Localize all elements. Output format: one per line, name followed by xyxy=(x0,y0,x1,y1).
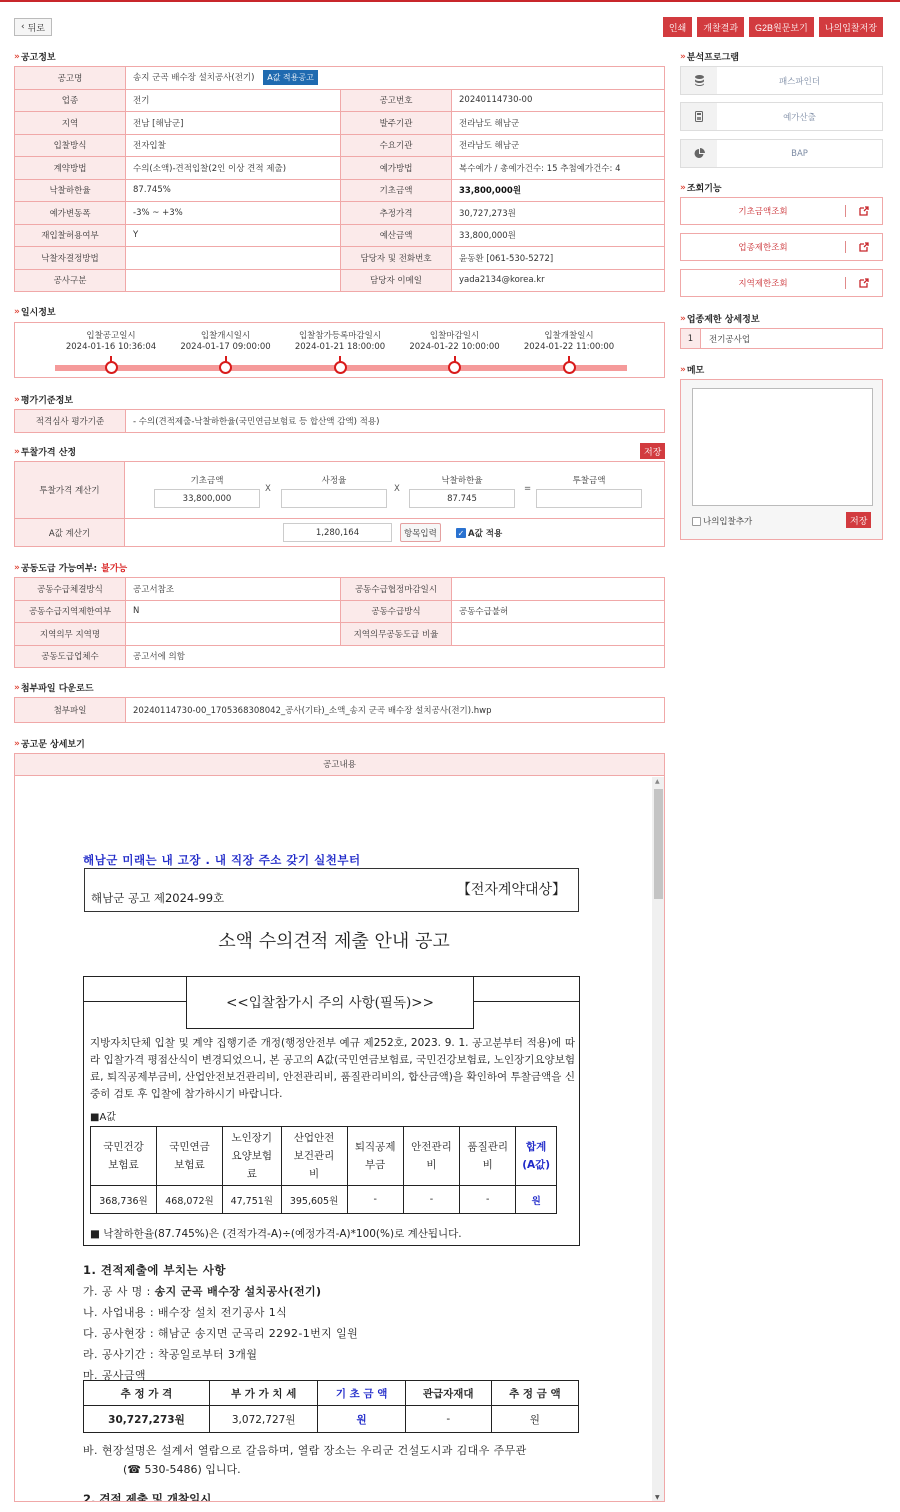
save-my-bid-button[interactable]: 나의입찰저장 xyxy=(819,17,883,37)
a-table-value: - xyxy=(403,1186,459,1214)
caution-title: <<입찰참가시 주의 사항(필독)>> xyxy=(186,977,474,1029)
a-table-value: 468,072원 xyxy=(157,1186,223,1214)
document-item: 라. 공사기간 : 착공일로부터 3개월 xyxy=(83,1346,257,1362)
notice-name-label: 공고명 xyxy=(15,67,126,90)
section-title-industry: » 업종제한 상세정보 xyxy=(680,312,760,325)
field-value: 전기 xyxy=(126,89,341,112)
timeline-label: 입찰공고일시 xyxy=(51,331,171,342)
table-row: 입찰방식 전자입찰 수요기관 전라남도 해남군 xyxy=(15,134,665,157)
section-title-memo: » 메모 xyxy=(680,363,704,376)
document-header: 공고내용 xyxy=(15,754,664,776)
double-chevron-icon: » xyxy=(680,314,683,324)
field-value: yada2134@korea.kr xyxy=(452,269,665,292)
scroll-up-arrow-icon[interactable]: ▲ xyxy=(655,778,660,785)
field-value: 전라남도 해남군 xyxy=(452,112,665,135)
scrollbar-thumb[interactable] xyxy=(654,789,663,899)
field-value: N xyxy=(126,600,341,623)
scroll-down-arrow-icon[interactable]: ▼ xyxy=(655,1494,660,1501)
table-row: 공동수급지역제한여부 N 공동수급방식 공동수급불허 xyxy=(15,600,665,623)
field-value xyxy=(126,623,341,646)
evaluation-label: 적격심사 평가기준 xyxy=(15,410,126,433)
a-table-header: 퇴직공제 부금 xyxy=(347,1127,403,1186)
evaluation-table: 적격심사 평가기준 - 수의(견적제출-낙찰하한율(국민연금보험료 등 합산액 … xyxy=(14,409,665,433)
e-contract-label: 【전자계약대상】 xyxy=(457,879,566,899)
base-amount-input[interactable]: 33,800,000 xyxy=(154,489,260,508)
document-title: 소액 수의견적 제출 안내 공고 xyxy=(15,927,653,953)
timeline-label: 입찰참가등록마감일시 xyxy=(280,331,400,342)
min-rate-label: 낙찰하한율 xyxy=(409,474,515,486)
cost-table-header: 추 정 가 격 xyxy=(84,1381,210,1406)
print-button[interactable]: 인쇄 xyxy=(663,17,692,37)
calculator-icon xyxy=(681,103,717,130)
field-value: 전남 [해남군] xyxy=(126,112,341,135)
document-item: 다. 공사현장 : 해남군 송지면 군곡리 2292-1번지 일원 xyxy=(83,1325,358,1341)
industry-name: 전기공사업 xyxy=(701,329,882,348)
top-action-bar: 인쇄 개찰결과 G2B원문보기 나의입찰저장 xyxy=(663,17,883,37)
field-label: 기초금액 xyxy=(341,179,452,202)
external-link-icon[interactable] xyxy=(846,242,882,252)
field-value: 33,800,000원 xyxy=(452,179,665,202)
field-label: 수요기관 xyxy=(341,134,452,157)
a-table-value: 원 xyxy=(516,1186,557,1214)
section-title-attachment: » 첨부파일 다운로드 xyxy=(14,681,94,694)
item-input-button[interactable]: 항목입력 xyxy=(400,523,441,542)
price-estimation-button[interactable]: 예가산출 xyxy=(680,102,883,131)
query-button[interactable]: 업종제한조회 xyxy=(680,233,883,261)
joint-count-label: 공동도급업체수 xyxy=(15,645,126,668)
query-button[interactable]: 기초금액조회 xyxy=(680,197,883,225)
double-chevron-icon: » xyxy=(14,395,17,405)
apply-a-value-toggle[interactable]: ✓ A값 적용 xyxy=(456,527,502,539)
database-icon xyxy=(681,67,717,94)
table-row: 공동수급체결방식 공고서참조 공동수급협정마감일시 xyxy=(15,578,665,601)
field-value: 33,800,000원 xyxy=(452,224,665,247)
equals-sign: = xyxy=(524,484,531,494)
formula-note: ■ 낙찰하한율(87.745%)은 (견적가격-A)÷(예정가격-A)*100(… xyxy=(90,1226,462,1241)
cost-table-value: 30,727,273원 xyxy=(84,1406,210,1433)
table-row: 낙찰자결정방법 담당자 및 전화번호 윤동환 [061-530-5272] xyxy=(15,247,665,270)
field-value xyxy=(126,269,341,292)
timeline-item: 입찰개찰일시2024-01-22 11:00:00 xyxy=(509,331,629,353)
field-value: -3% ~ +3% xyxy=(126,202,341,225)
field-label: 예산금액 xyxy=(341,224,452,247)
field-label: 공동수급지역제한여부 xyxy=(15,600,126,623)
timeline-item: 입찰참가등록마감일시2024-01-21 18:00:00 xyxy=(280,331,400,353)
min-rate-input[interactable]: 87.745 xyxy=(409,489,515,508)
a-calc-label: A값 계산기 xyxy=(15,519,125,547)
field-label: 업종 xyxy=(15,89,126,112)
field-label: 지역의무공동도급 비율 xyxy=(341,623,452,646)
field-label: 계약방법 xyxy=(15,157,126,180)
table-row: 추 정 가 격부 가 가 치 세기 초 금 액관급자재대추 정 금 액 xyxy=(84,1381,579,1406)
field-value: 20240114730-00 xyxy=(452,89,665,112)
a-table-header: 합계 (A값) xyxy=(516,1127,557,1186)
a-value-table: 국민건강 보험료국민연금 보험료노인장기 요양보험 료산업안전 보건관리 비퇴직… xyxy=(90,1126,557,1214)
field-label: 입찰방식 xyxy=(15,134,126,157)
field-label: 담당자 이메일 xyxy=(341,269,452,292)
joint-status: 불가능 xyxy=(101,561,127,574)
section-title-bid-calc: » 투찰가격 산정 xyxy=(14,445,76,458)
table-row: 공고명 송지 군곡 배수장 설치공사(전기) A값 적용공고 xyxy=(15,67,665,90)
a-table-header: 품질관리 비 xyxy=(460,1127,516,1186)
timeline-marker-icon xyxy=(219,361,232,374)
bid-calculator-table: 투찰가격 계산기 기초금액 33,800,000 X 사정율 X 낙찰하한율 8… xyxy=(14,461,665,547)
a-table-header: 국민건강 보험료 xyxy=(91,1127,157,1186)
caution-text: 지방자치단체 입찰 및 계약 집행기준 개정(행정안전부 예규 제252호, 2… xyxy=(90,1035,575,1103)
a-table-value: - xyxy=(347,1186,403,1214)
table-row: 공사구분 담당자 이메일 yada2134@korea.kr xyxy=(15,269,665,292)
field-label: 예가방법 xyxy=(341,157,452,180)
attachment-table: 첨부파일 20240114730-00_1705368308042_공사(기타)… xyxy=(14,697,665,723)
cost-table-header: 추 정 금 액 xyxy=(491,1381,578,1406)
table-row: 업종 전기 공고번호 20240114730-00 xyxy=(15,89,665,112)
section-title-notice: » 공고정보 xyxy=(14,50,56,63)
table-row: 낙찰하한율 87.745% 기초금액 33,800,000원 xyxy=(15,179,665,202)
cost-table-header: 관급자재대 xyxy=(405,1381,491,1406)
assessment-rate-label: 사정율 xyxy=(281,474,387,486)
bid-calc-fields: 기초금액 33,800,000 X 사정율 X 낙찰하한율 87.745 = 투… xyxy=(125,462,665,519)
field-label: 공동수급체결방식 xyxy=(15,578,126,601)
table-row: A값 계산기 1,280,164 항목입력 ✓ A값 적용 xyxy=(15,519,665,547)
timeline-label: 입찰마감일시 xyxy=(395,331,515,342)
document-item: 가. 공 사 명 : 송지 군곡 배수장 설치공사(전기) xyxy=(83,1283,322,1299)
section-title-analysis: » 분석프로그램 xyxy=(680,50,739,63)
field-value: 전자입찰 xyxy=(126,134,341,157)
memo-save-button[interactable]: 저장 xyxy=(846,512,871,528)
memo-panel: 나의입찰추가 저장 xyxy=(680,379,883,540)
memo-textarea[interactable] xyxy=(692,388,873,506)
timeline-label: 입찰개시일시 xyxy=(166,331,286,342)
table-row: 지역의무 지역명 지역의무공동도급 비율 xyxy=(15,623,665,646)
a-table-header: 안전관리 비 xyxy=(403,1127,459,1186)
add-my-bid-checkbox[interactable]: 나의입찰추가 xyxy=(692,515,752,527)
field-label: 지역 xyxy=(15,112,126,135)
field-label: 지역의무 지역명 xyxy=(15,623,126,646)
field-label: 공고번호 xyxy=(341,89,452,112)
query-button[interactable]: 지역제한조회 xyxy=(680,269,883,297)
attachment-label: 첨부파일 xyxy=(15,698,126,723)
a-table-value: 368,736원 xyxy=(91,1186,157,1214)
caution-box: <<입찰참가시 주의 사항(필독)>> 지방자치단체 입찰 및 계약 집행기준 … xyxy=(83,976,580,1246)
field-value: 30,727,273원 xyxy=(452,202,665,225)
double-chevron-icon: » xyxy=(680,52,683,62)
notice-document-panel: 공고내용 해남군 미래는 내 고장 . 내 직장 주소 갖기 실천부터 해남군 … xyxy=(14,753,665,1502)
field-label: 낙찰자결정방법 xyxy=(15,247,126,270)
field-value: 공고서참조 xyxy=(126,578,341,601)
external-link-icon[interactable] xyxy=(846,278,882,288)
notice-name-cell: 송지 군곡 배수장 설치공사(전기) A값 적용공고 xyxy=(126,67,665,90)
table-row: 투찰가격 계산기 기초금액 33,800,000 X 사정율 X 낙찰하한율 8… xyxy=(15,462,665,519)
double-chevron-icon: » xyxy=(680,183,683,193)
cost-table-header: 기 초 금 액 xyxy=(318,1381,405,1406)
cost-table-value: 원 xyxy=(318,1406,405,1433)
section-1-heading: 1. 견적제출에 부치는 사항 xyxy=(83,1262,226,1278)
section-title-detail: » 공고문 상세보기 xyxy=(14,737,85,750)
timeline-item: 입찰마감일시2024-01-22 10:00:00 xyxy=(395,331,515,353)
double-chevron-icon: » xyxy=(14,447,17,457)
field-value: 윤동환 [061-530-5272] xyxy=(452,247,665,270)
cost-table: 추 정 가 격부 가 가 치 세기 초 금 액관급자재대추 정 금 액 30,7… xyxy=(83,1380,579,1433)
field-value: 87.745% xyxy=(126,179,341,202)
back-button[interactable]: ‹ 뒤로 xyxy=(14,18,52,36)
field-label: 발주기관 xyxy=(341,112,452,135)
slogan: 해남군 미래는 내 고장 . 내 직장 주소 갖기 실천부터 xyxy=(83,852,361,868)
table-row: 계약방법 수의(소액)-견적입찰(2인 이상 견적 제출) 예가방법 복수예가 … xyxy=(15,157,665,180)
field-value: 공동수급불허 xyxy=(452,600,665,623)
a-calc-fields: 1,280,164 항목입력 ✓ A값 적용 xyxy=(125,519,665,547)
field-label: 담당자 및 전화번호 xyxy=(341,247,452,270)
cost-table-value: 3,072,727원 xyxy=(209,1406,318,1433)
document-item: 나. 사업내용 : 배수장 설치 전기공사 1식 xyxy=(83,1304,287,1320)
bid-amount-label: 투찰금액 xyxy=(536,474,642,486)
field-value: 복수예가 / 총예가건수: 15 추첨예가건수: 4 xyxy=(452,157,665,180)
table-row: 적격심사 평가기준 - 수의(견적제출-낙찰하한율(국민연금보험료 등 합산액 … xyxy=(15,410,665,433)
table-row: 국민건강 보험료국민연금 보험료노인장기 요양보험 료산업안전 보건관리 비퇴직… xyxy=(91,1127,557,1186)
evaluation-value: - 수의(견적제출-낙찰하한율(국민연금보험료 등 합산액 감액) 적용) xyxy=(126,410,665,433)
double-chevron-icon: » xyxy=(14,739,17,749)
double-chevron-icon: » xyxy=(14,563,17,573)
joint-contract-table: 공동수급체결방식 공고서참조 공동수급협정마감일시 공동수급지역제한여부 N 공… xyxy=(14,577,665,668)
bid-calc-save-button[interactable]: 저장 xyxy=(640,443,665,459)
field-value xyxy=(126,247,341,270)
table-row: 368,736원468,072원47,751원395,605원---원 xyxy=(91,1186,557,1214)
timeline-date: 2024-01-21 18:00:00 xyxy=(280,342,400,353)
open-result-button[interactable]: 개찰결과 xyxy=(697,17,744,37)
field-label: 재입찰허용여부 xyxy=(15,224,126,247)
a-table-value: - xyxy=(460,1186,516,1214)
field-label: 낙찰하한율 xyxy=(15,179,126,202)
field-label: 공동수급협정마감일시 xyxy=(341,578,452,601)
pie-chart-icon xyxy=(681,140,717,167)
section-title-schedule: » 일시정보 xyxy=(14,305,56,318)
notice-name-value: 송지 군곡 배수장 설치공사(전기) xyxy=(133,73,254,83)
timeline-marker-icon xyxy=(448,361,461,374)
timeline-date: 2024-01-16 10:36:04 xyxy=(51,342,171,353)
chevron-left-icon: ‹ xyxy=(21,22,25,32)
field-value xyxy=(452,578,665,601)
timeline-item: 입찰개시일시2024-01-17 09:00:00 xyxy=(166,331,286,353)
notice-number-box: 해남군 공고 제2024-99호 【전자계약대상】 xyxy=(84,868,579,912)
section-title-query: » 조회기능 xyxy=(680,181,722,194)
document-body: 해남군 미래는 내 고장 . 내 직장 주소 갖기 실천부터 해남군 공고 제2… xyxy=(15,777,653,1502)
field-label: 공동수급방식 xyxy=(341,600,452,623)
notice-info-table: 공고명 송지 군곡 배수장 설치공사(전기) A값 적용공고 업종 전기 공고번… xyxy=(14,66,665,292)
g2b-original-button[interactable]: G2B원문보기 xyxy=(749,17,814,37)
field-value: Y xyxy=(126,224,341,247)
field-value xyxy=(452,623,665,646)
field-label: 예가변동폭 xyxy=(15,202,126,225)
top-accent-bar xyxy=(0,0,900,2)
double-chevron-icon: » xyxy=(680,365,683,375)
timeline-item: 입찰공고일시2024-01-16 10:36:04 xyxy=(51,331,171,353)
timeline-date: 2024-01-22 10:00:00 xyxy=(395,342,515,353)
cost-table-value: - xyxy=(405,1406,491,1433)
double-chevron-icon: » xyxy=(14,683,17,693)
site-note-line-2: (☎ 530-5486) 입니다. xyxy=(123,1461,241,1477)
table-row: 예가변동폭 -3% ~ +3% 추정가격 30,727,273원 xyxy=(15,202,665,225)
bid-amount-input[interactable] xyxy=(536,489,642,508)
notice-number: 해남군 공고 제2024-99호 xyxy=(91,890,224,906)
checkbox-unchecked-icon[interactable] xyxy=(692,517,701,526)
field-value: 전라남도 해남군 xyxy=(452,134,665,157)
bid-calc-label: 투찰가격 계산기 xyxy=(15,462,125,519)
cost-table-value: 원 xyxy=(491,1406,578,1433)
multiply-sign: X xyxy=(265,484,271,494)
a-table-header: 국민연금 보험료 xyxy=(157,1127,223,1186)
table-row: 지역 전남 [해남군] 발주기관 전라남도 해남군 xyxy=(15,112,665,135)
timeline-marker-icon xyxy=(563,361,576,374)
section-title-evaluation: » 평가기준정보 xyxy=(14,393,73,406)
section-title-joint: » 공동도급 가능여부: 불가능 xyxy=(14,561,127,574)
table-row: 30,727,273원3,072,727원원-원 xyxy=(84,1406,579,1433)
site-note-line-1: 바. 현장설명은 설계서 열람으로 갈음하며, 열람 장소는 우리군 건설도시과… xyxy=(83,1442,527,1458)
attachment-file-link[interactable]: 20240114730-00_1705368308042_공사(기타)_소액_송… xyxy=(126,698,665,723)
a-table-value: 47,751원 xyxy=(223,1186,282,1214)
timeline-date: 2024-01-17 09:00:00 xyxy=(166,342,286,353)
cost-table-header: 부 가 가 치 세 xyxy=(209,1381,318,1406)
assessment-rate-input[interactable] xyxy=(281,489,387,508)
a-value-input[interactable]: 1,280,164 xyxy=(283,523,392,542)
timeline-marker-icon xyxy=(105,361,118,374)
a-value-heading: ■A값 xyxy=(90,1108,116,1123)
joint-count-value: 공고서에 의함 xyxy=(126,645,665,668)
checkbox-checked-icon[interactable]: ✓ xyxy=(456,528,466,538)
base-amount-label: 기초금액 xyxy=(154,474,260,486)
multiply-sign: X xyxy=(394,484,400,494)
field-label: 추정가격 xyxy=(341,202,452,225)
schedule-timeline: 입찰공고일시2024-01-16 10:36:04입찰개시일시2024-01-1… xyxy=(14,322,665,378)
a-table-value: 395,605원 xyxy=(281,1186,347,1214)
table-row: 첨부파일 20240114730-00_1705368308042_공사(기타)… xyxy=(15,698,665,723)
industry-number: 1 xyxy=(681,329,701,348)
a-table-header: 노인장기 요양보험 료 xyxy=(223,1127,282,1186)
table-row: 재입찰허용여부 Y 예산금액 33,800,000원 xyxy=(15,224,665,247)
double-chevron-icon: » xyxy=(14,307,17,317)
timeline-date: 2024-01-22 11:00:00 xyxy=(509,342,629,353)
double-chevron-icon: » xyxy=(14,52,17,62)
pathfinder-button[interactable]: 패스파인더 xyxy=(680,66,883,95)
bap-button[interactable]: BAP xyxy=(680,139,883,168)
external-link-icon[interactable] xyxy=(846,206,882,216)
industry-list-item: 1 전기공사업 xyxy=(680,328,883,349)
document-scrollbar[interactable]: ▲ ▼ xyxy=(652,777,664,1502)
a-table-header: 산업안전 보건관리 비 xyxy=(281,1127,347,1186)
field-value: 수의(소액)-견적입찰(2인 이상 견적 제출) xyxy=(126,157,341,180)
timeline-marker-icon xyxy=(334,361,347,374)
timeline-label: 입찰개찰일시 xyxy=(509,331,629,342)
section-2-heading: 2. 견적 제출 및 개찰일시 xyxy=(83,1491,211,1502)
table-row: 공동도급업체수 공고서에 의함 xyxy=(15,645,665,668)
field-label: 공사구분 xyxy=(15,269,126,292)
a-value-badge: A값 적용공고 xyxy=(263,70,318,85)
